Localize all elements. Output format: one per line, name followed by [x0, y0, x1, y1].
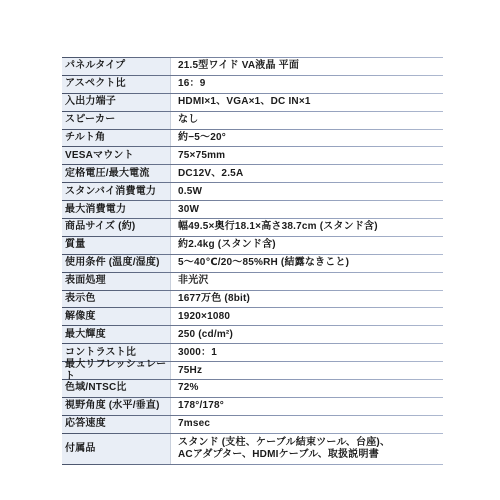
- spec-value-cell: 72%: [171, 380, 443, 397]
- spec-value-cell: 30W: [171, 201, 443, 218]
- spec-row: 応答速度 7msec: [62, 415, 443, 433]
- monitor-spec-table: パネルタイプ 21.5型ワイド VA液晶 平面 アスペクト比 16：9 入出力端…: [62, 57, 443, 465]
- spec-row: VESAマウント 75×75mm: [62, 146, 443, 164]
- spec-row: 入出力端子 HDMI×1、VGA×1、DC IN×1: [62, 93, 443, 111]
- spec-label-cell: 表示色: [62, 291, 171, 308]
- spec-label-cell: 入出力端子: [62, 94, 171, 111]
- spec-value-cell: 7msec: [171, 416, 443, 433]
- spec-label-cell: 表面処理: [62, 273, 171, 290]
- spec-label-cell: 定格電圧/最大電流: [62, 165, 171, 182]
- spec-label-cell: VESAマウント: [62, 147, 171, 164]
- spec-row: 最大リフレッシュレート 75Hz: [62, 361, 443, 379]
- spec-value-cell: 16：9: [171, 76, 443, 93]
- spec-value-cell: 幅49.5×奥行18.1×高さ38.7cm (スタンド含): [171, 219, 443, 236]
- spec-row: 最大消費電力 30W: [62, 200, 443, 218]
- spec-row: 定格電圧/最大電流 DC12V、2.5A: [62, 164, 443, 182]
- spec-row: 最大輝度 250 (cd/m²): [62, 325, 443, 343]
- spec-row: 質量 約2.4kg (スタンド含): [62, 236, 443, 254]
- spec-row: 表示色 1677万色 (8bit): [62, 290, 443, 308]
- spec-label-cell: 応答速度: [62, 416, 171, 433]
- spec-value-cell: 5〜40℃/20〜85%RH (結露なきこと): [171, 255, 443, 272]
- spec-value-cell: なし: [171, 112, 443, 129]
- spec-label-cell: 付属品: [62, 434, 171, 464]
- spec-value-cell: 3000：1: [171, 344, 443, 361]
- spec-label-cell: 解像度: [62, 308, 171, 325]
- spec-label-cell: 色域/NTSC比: [62, 380, 171, 397]
- spec-label-cell: 最大リフレッシュレート: [62, 362, 171, 379]
- spec-value-cell: スタンド (支柱、ケーブル結束ツール、台座)、 ACアダプター、HDMIケーブル…: [171, 434, 443, 464]
- spec-row: 解像度 1920×1080: [62, 307, 443, 325]
- spec-value-cell: 1920×1080: [171, 308, 443, 325]
- spec-label-cell: 視野角度 (水平/垂直): [62, 398, 171, 415]
- spec-value-cell: 0.5W: [171, 183, 443, 200]
- spec-row: チルト角 約−5〜20°: [62, 129, 443, 147]
- spec-label-cell: スピーカー: [62, 112, 171, 129]
- spec-label-cell: 質量: [62, 237, 171, 254]
- spec-label-cell: 最大消費電力: [62, 201, 171, 218]
- spec-row: スタンバイ消費電力 0.5W: [62, 182, 443, 200]
- spec-row: 色域/NTSC比 72%: [62, 379, 443, 397]
- spec-row: 視野角度 (水平/垂直) 178°/178°: [62, 397, 443, 415]
- spec-value-cell: 1677万色 (8bit): [171, 291, 443, 308]
- spec-label-cell: チルト角: [62, 130, 171, 147]
- spec-row: 使用条件 (温度/湿度) 5〜40℃/20〜85%RH (結露なきこと): [62, 254, 443, 272]
- spec-value-cell: 21.5型ワイド VA液晶 平面: [171, 58, 443, 75]
- spec-value-cell: 250 (cd/m²): [171, 326, 443, 343]
- spec-label-cell: 使用条件 (温度/湿度): [62, 255, 171, 272]
- spec-row: パネルタイプ 21.5型ワイド VA液晶 平面: [62, 57, 443, 75]
- spec-value-cell: 約2.4kg (スタンド含): [171, 237, 443, 254]
- spec-row: アスペクト比 16：9: [62, 75, 443, 93]
- spec-value-cell: 178°/178°: [171, 398, 443, 415]
- spec-value-cell: DC12V、2.5A: [171, 165, 443, 182]
- spec-label-cell: 商品サイズ (約): [62, 219, 171, 236]
- spec-label-cell: アスペクト比: [62, 76, 171, 93]
- spec-value-cell: 75×75mm: [171, 147, 443, 164]
- spec-value-cell: 75Hz: [171, 362, 443, 379]
- spec-label-cell: スタンバイ消費電力: [62, 183, 171, 200]
- spec-value-cell: 非光沢: [171, 273, 443, 290]
- spec-label-cell: パネルタイプ: [62, 58, 171, 75]
- spec-value-cell: 約−5〜20°: [171, 130, 443, 147]
- spec-row: 商品サイズ (約) 幅49.5×奥行18.1×高さ38.7cm (スタンド含): [62, 218, 443, 236]
- spec-label-cell: 最大輝度: [62, 326, 171, 343]
- spec-row: 表面処理 非光沢: [62, 272, 443, 290]
- spec-row: 付属品 スタンド (支柱、ケーブル結束ツール、台座)、 ACアダプター、HDMI…: [62, 433, 443, 464]
- spec-value-cell: HDMI×1、VGA×1、DC IN×1: [171, 94, 443, 111]
- spec-row: スピーカー なし: [62, 111, 443, 129]
